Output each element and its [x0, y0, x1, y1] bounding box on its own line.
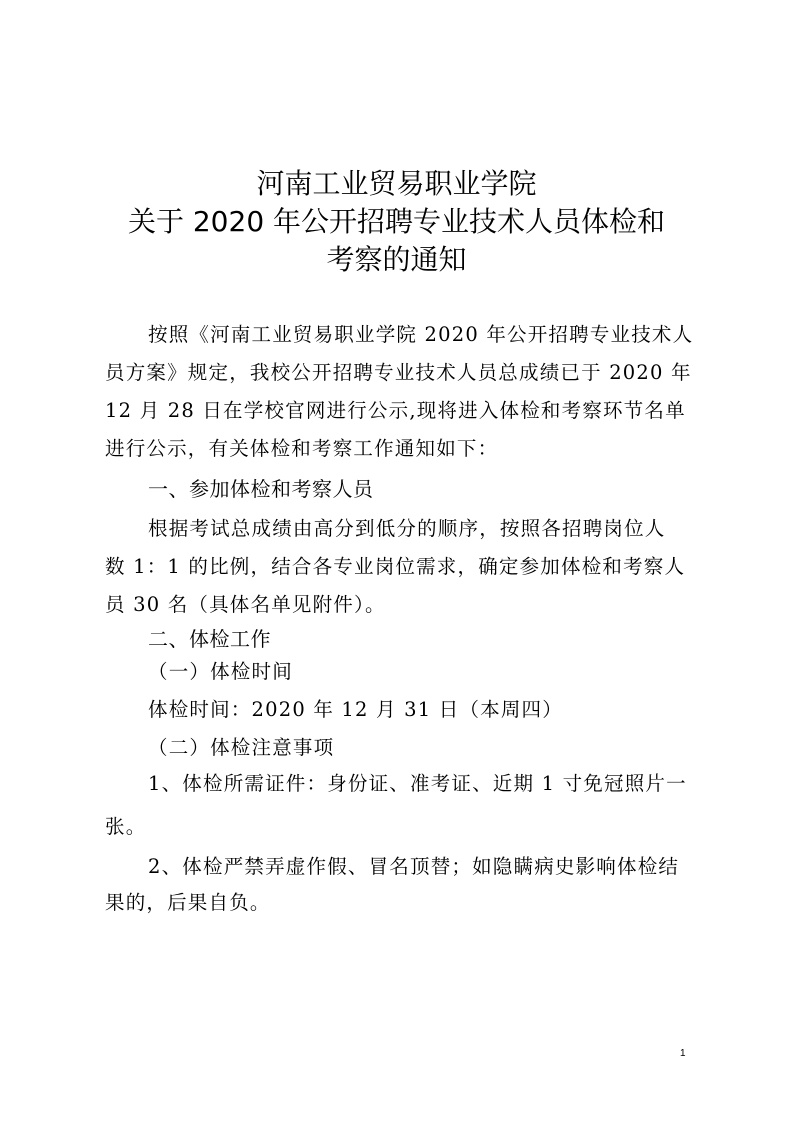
notice-item-2: 2、体检严禁弄虚作假、冒名顶替；如隐瞒病史影响体检结 — [148, 853, 679, 881]
section2-sub2-heading: （二）体检注意事项 — [148, 734, 334, 762]
section1-line: 根据考试总成绩由高分到低分的顺序，按照各招聘岗位人 — [148, 515, 666, 543]
page-number: 1 — [680, 1048, 686, 1059]
exam-date-text: 体检时间：2020 年 12 月 31 日（本周四） — [148, 696, 563, 724]
section1-line: 数 1：1 的比例，结合各专业岗位需求，确定参加体检和考察人 — [105, 553, 685, 581]
intro-line: 12 月 28 日在学校官网进行公示,现将进入体检和考察环节名单 — [105, 397, 686, 425]
notice-item-2-cont: 果的，后果自负。 — [105, 889, 271, 917]
section2-sub1-heading: （一）体检时间 — [148, 658, 293, 686]
document-page: 河南工业贸易职业学院 关于 2020 年公开招聘专业技术人员体检和 考察的通知 … — [0, 0, 793, 1122]
title-institution: 河南工业贸易职业学院 — [0, 165, 793, 203]
notice-item-1-cont: 张。 — [105, 813, 146, 841]
intro-line: 按照《河南工业贸易职业学院 2020 年公开招聘专业技术人 — [148, 321, 693, 349]
section1-line: 员 30 名（具体名单见附件）。 — [105, 591, 386, 619]
intro-line: 进行公示，有关体检和考察工作通知如下： — [105, 435, 498, 463]
notice-item-1: 1、体检所需证件：身份证、准考证、近期 1 寸免冠照片一 — [148, 770, 687, 798]
title-subject-cont: 考察的通知 — [0, 241, 793, 279]
section2-heading: 二、体检工作 — [148, 625, 271, 653]
title-subject: 关于 2020 年公开招聘专业技术人员体检和 — [0, 203, 793, 241]
section1-heading: 一、参加体检和考察人员 — [148, 475, 374, 503]
intro-line: 员方案》规定，我校公开招聘专业技术人员总成绩已于 2020 年 — [105, 359, 692, 387]
